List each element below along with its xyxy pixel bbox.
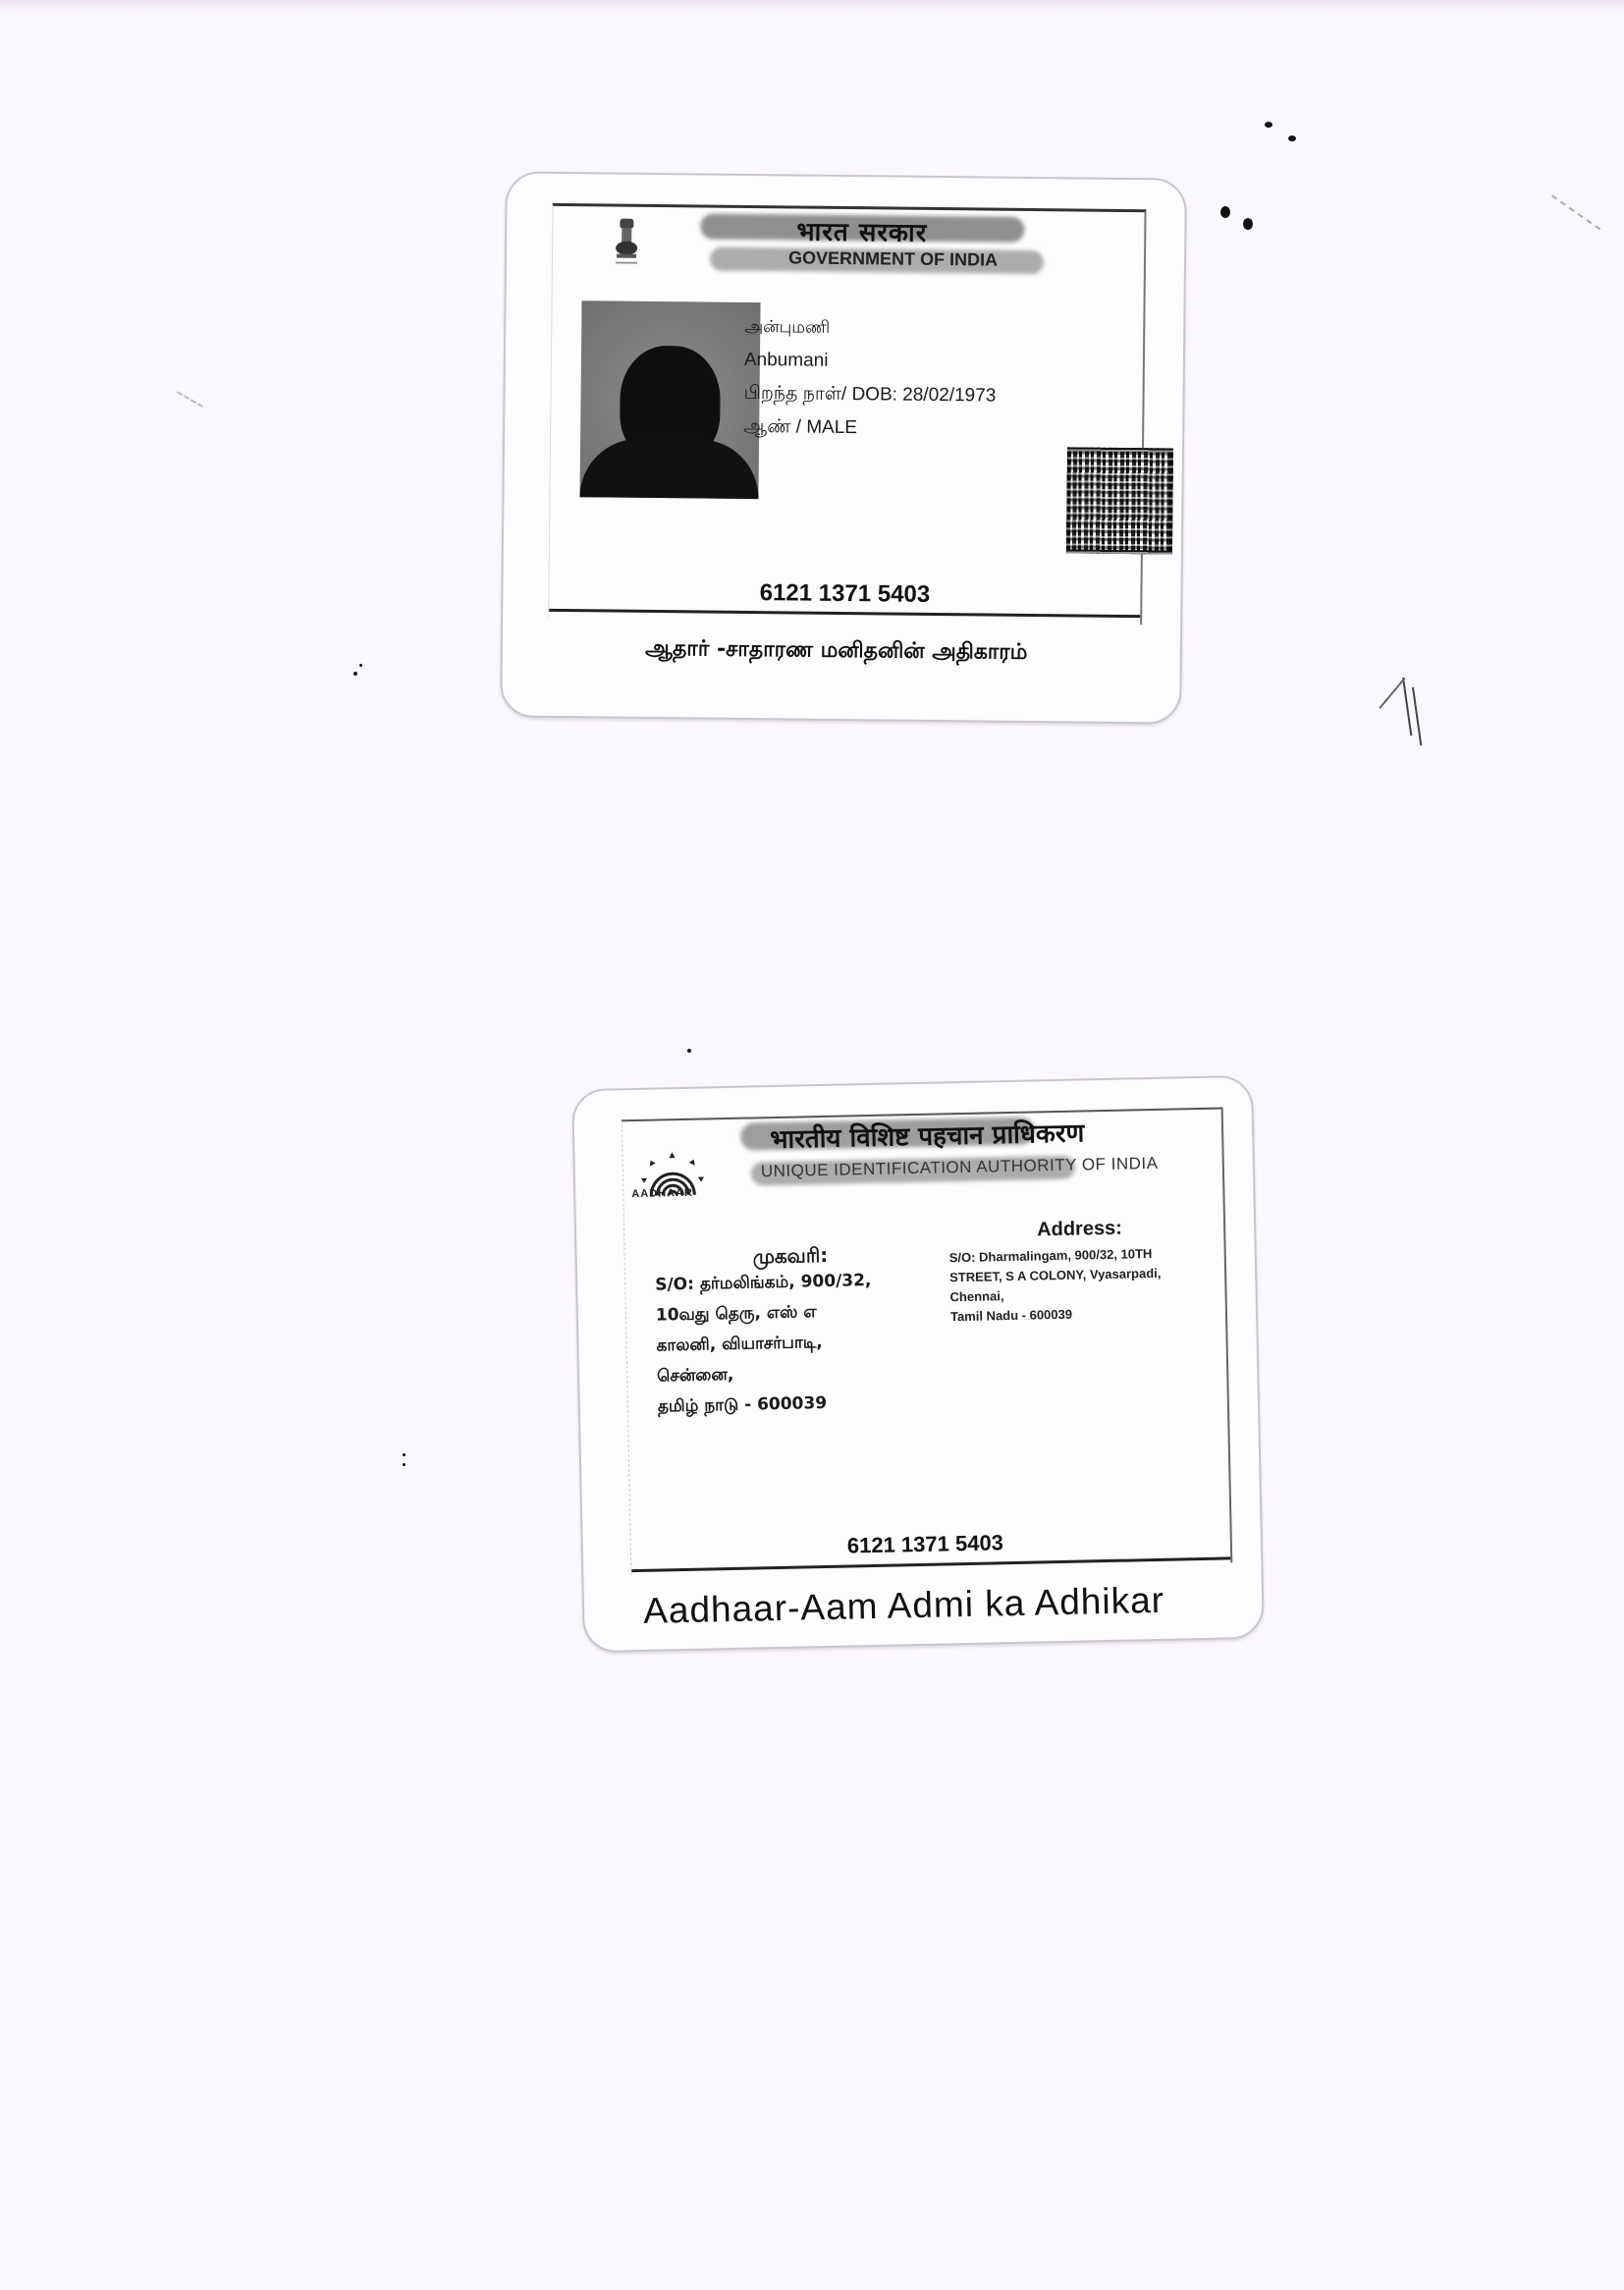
- tagline-english: Aadhaar-Aam Admi ka Adhikar: [643, 1580, 1165, 1632]
- aadhaar-card-front: भारत सरकार GOVERNMENT OF INDIA அன்புமணி …: [500, 171, 1187, 724]
- scan-speck: [687, 1049, 691, 1053]
- scan-speck: [1243, 218, 1253, 230]
- header-english: GOVERNMENT OF INDIA: [788, 247, 998, 270]
- divider-line: [549, 609, 1140, 618]
- name-english: Anbumani: [744, 344, 997, 380]
- tagline-tamil: ஆதார் -சாதாரண மனிதனின் அதிகாரம்: [571, 635, 1102, 669]
- address-english: S/O: Dharmalingam, 900/32, 10TH STREET, …: [949, 1242, 1226, 1327]
- scan-artifact: [1551, 194, 1600, 230]
- aadhaar-number: 6121 1371 5403: [549, 577, 1140, 611]
- aadhaar-number: 6121 1371 5403: [847, 1530, 1004, 1558]
- scan-speck: [403, 1453, 406, 1456]
- scan-speck: [1265, 122, 1272, 128]
- date-of-birth: பிறந்த நாள்/ DOB: 28/02/1973: [743, 377, 996, 413]
- pen-mark: [1379, 678, 1405, 709]
- photo-silhouette-body: [579, 438, 759, 499]
- name-tamil: அன்புமணி: [744, 310, 997, 347]
- address-tamil-line: தமிழ் நாடு - 600039: [658, 1386, 944, 1422]
- address-tamil: S/O: தர்மலிங்கம், 900/32, 10வது தெரு, எஸ…: [655, 1265, 943, 1423]
- pen-mark: [1402, 678, 1412, 736]
- scan-artifact: [177, 391, 203, 408]
- header-hindi: भारत सरकार: [796, 212, 927, 248]
- holder-photo: [579, 300, 760, 499]
- holder-details: அன்புமணி Anbumani பிறந்த நாள்/ DOB: 28/0…: [743, 310, 997, 447]
- divider-line: [631, 1556, 1230, 1572]
- scan-speck: [353, 672, 357, 676]
- scan-speck: [359, 664, 362, 667]
- qr-code-icon: [1066, 447, 1173, 554]
- gender: ஆண் / MALE: [743, 410, 996, 447]
- scan-speck: [1288, 136, 1296, 141]
- pen-mark: [1412, 687, 1422, 746]
- scan-top-edge: [0, 0, 1624, 14]
- header-english: UNIQUE IDENTIFICATION AUTHORITY OF INDIA: [761, 1154, 1159, 1181]
- address-label-english: Address:: [1037, 1218, 1122, 1242]
- card-front-frame: भारत सरकार GOVERNMENT OF INDIA அன்புமணி …: [548, 203, 1146, 625]
- scan-speck: [1220, 206, 1230, 218]
- national-emblem-icon: [612, 217, 642, 268]
- aadhaar-logo-label: AADHAAR: [631, 1187, 693, 1200]
- aadhaar-card-back: AADHAAR भारतीय विशिष्ट पहचान प्राधिकरण U…: [571, 1075, 1265, 1653]
- header-hindi: भारतीय विशिष्ट पहचान प्राधिकरण: [770, 1114, 1085, 1156]
- card-back-frame: AADHAAR भारतीय विशिष्ट पहचान प्राधिकरण U…: [622, 1107, 1233, 1575]
- scan-speck: [403, 1463, 406, 1466]
